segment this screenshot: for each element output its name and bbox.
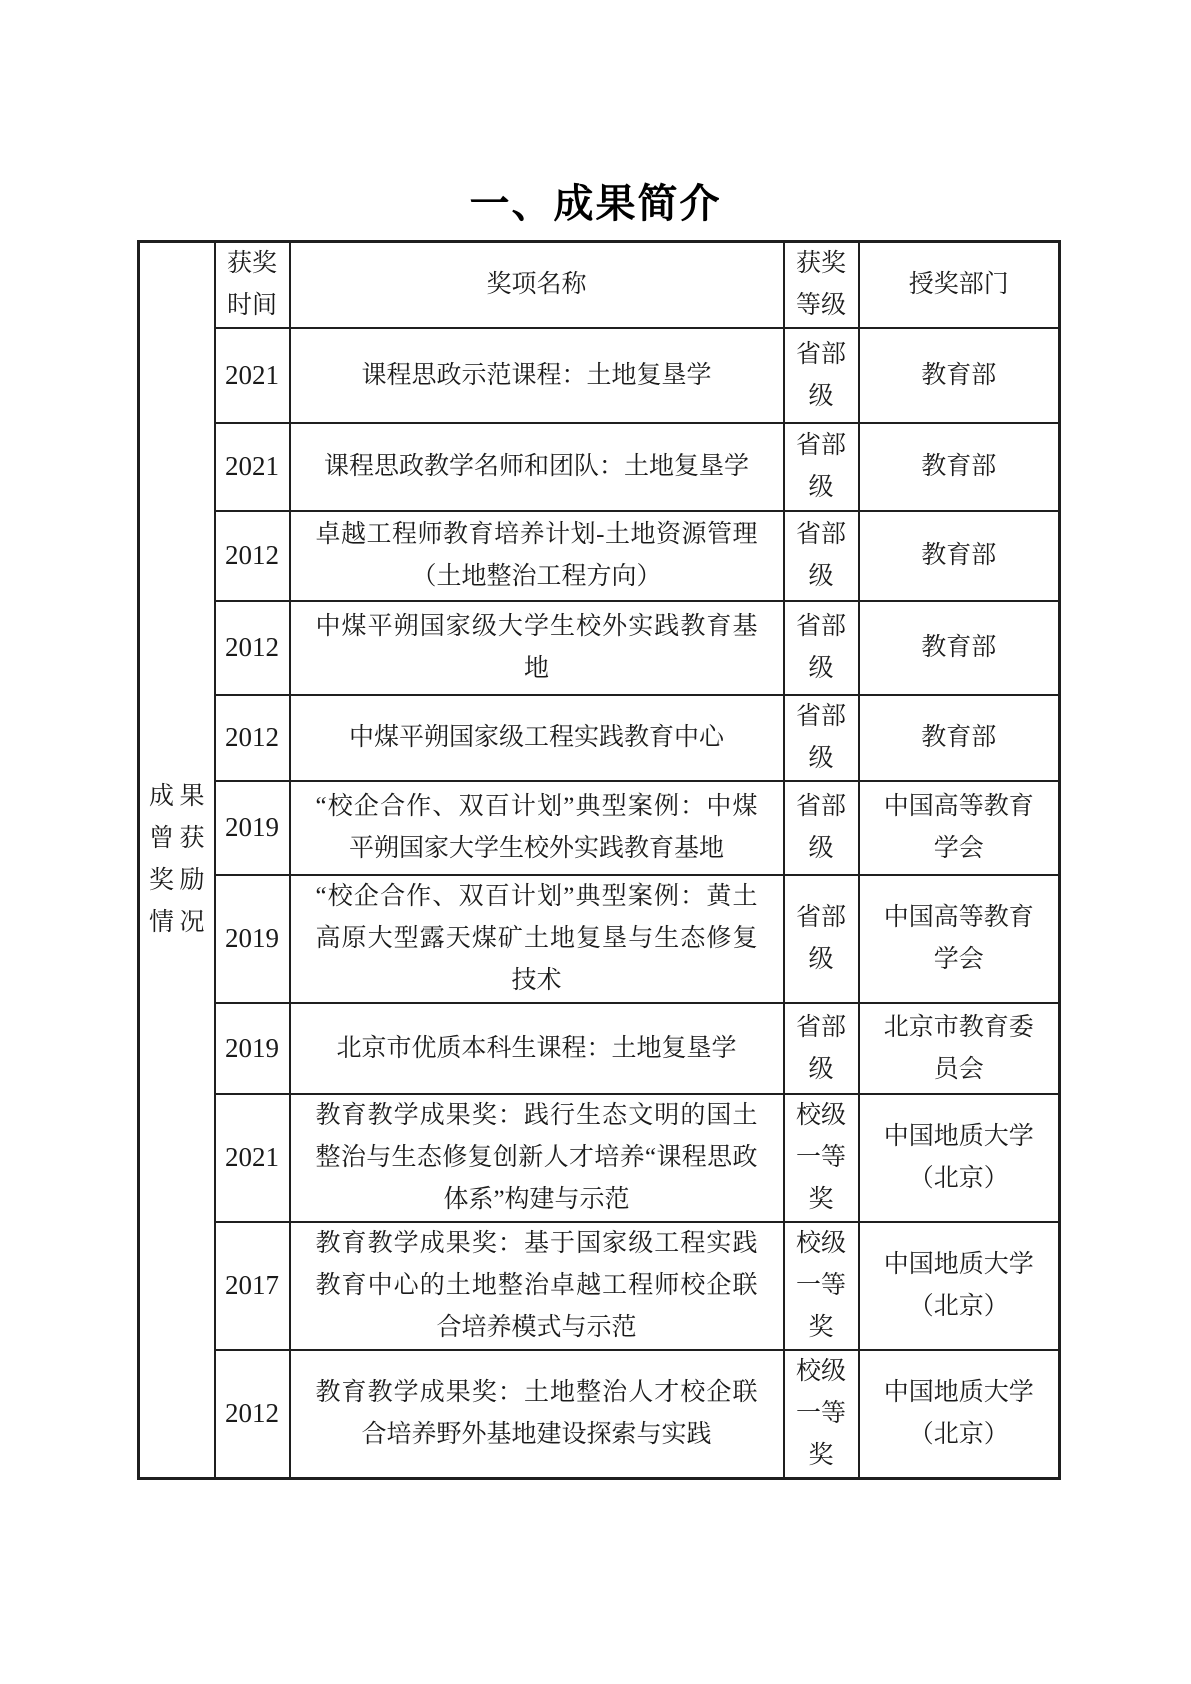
award-level-cell: 校级一等奖 bbox=[784, 1222, 859, 1350]
award-dept-cell: 中国地质大学（北京） bbox=[859, 1350, 1060, 1479]
table-row: 2021 课程思政示范课程：土地复垦学 省部级 教育部 bbox=[139, 328, 1060, 423]
col-header-dept: 授奖部门 bbox=[859, 242, 1060, 329]
award-name-cell: 课程思政教学名师和团队：土地复垦学 bbox=[290, 423, 784, 511]
award-dept-cell: 教育部 bbox=[859, 423, 1060, 511]
table-row: 2019 “校企合作、双百计划”典型案例：中煤平朔国家大学生校外实践教育基地 省… bbox=[139, 781, 1060, 875]
col-header-name: 奖项名称 bbox=[290, 242, 784, 329]
page-title: 一、成果简介 bbox=[0, 182, 1191, 226]
award-year-cell: 2019 bbox=[215, 875, 290, 1003]
award-dept-cell: 教育部 bbox=[859, 328, 1060, 423]
award-year-cell: 2019 bbox=[215, 1003, 290, 1094]
table-row: 2019 “校企合作、双百计划”典型案例：黄土高原大型露天煤矿土地复垦与生态修复… bbox=[139, 875, 1060, 1003]
award-name-cell: 教育教学成果奖：基于国家级工程实践教育中心的土地整治卓越工程师校企联合培养模式与… bbox=[290, 1222, 784, 1350]
award-name-cell: 中煤平朔国家级大学生校外实践教育基地 bbox=[290, 601, 784, 695]
col-header-level: 获奖等级 bbox=[784, 242, 859, 329]
award-level-cell: 省部级 bbox=[784, 695, 859, 781]
award-level-cell: 省部级 bbox=[784, 601, 859, 695]
award-level-cell: 省部级 bbox=[784, 423, 859, 511]
award-dept-cell: 教育部 bbox=[859, 601, 1060, 695]
award-level-cell: 省部级 bbox=[784, 781, 859, 875]
award-name-cell: 中煤平朔国家级工程实践教育中心 bbox=[290, 695, 784, 781]
award-year-cell: 2012 bbox=[215, 511, 290, 601]
award-dept-cell: 中国地质大学（北京） bbox=[859, 1222, 1060, 1350]
award-dept-cell: 教育部 bbox=[859, 511, 1060, 601]
award-dept-cell: 中国地质大学（北京） bbox=[859, 1094, 1060, 1222]
document-page: 一、成果简介 成果曾获奖励情况 获奖时间 奖项名称 获奖等级 授奖部门 2021… bbox=[0, 0, 1191, 1684]
award-name-cell: “校企合作、双百计划”典型案例：中煤平朔国家大学生校外实践教育基地 bbox=[290, 781, 784, 875]
award-name-cell: 北京市优质本科生课程：土地复垦学 bbox=[290, 1003, 784, 1094]
award-year-cell: 2021 bbox=[215, 1094, 290, 1222]
award-name-cell: 卓越工程师教育培养计划-土地资源管理（土地整治工程方向） bbox=[290, 511, 784, 601]
award-dept-cell: 中国高等教育学会 bbox=[859, 875, 1060, 1003]
award-level-cell: 校级一等奖 bbox=[784, 1350, 859, 1479]
award-level-cell: 省部级 bbox=[784, 875, 859, 1003]
table-header-row: 成果曾获奖励情况 获奖时间 奖项名称 获奖等级 授奖部门 bbox=[139, 242, 1060, 329]
award-level-cell: 校级一等奖 bbox=[784, 1094, 859, 1222]
award-name-cell: 课程思政示范课程：土地复垦学 bbox=[290, 328, 784, 423]
award-year-cell: 2021 bbox=[215, 423, 290, 511]
table-row: 2019 北京市优质本科生课程：土地复垦学 省部级 北京市教育委员会 bbox=[139, 1003, 1060, 1094]
side-label-cell: 成果曾获奖励情况 bbox=[139, 242, 215, 1479]
award-year-cell: 2012 bbox=[215, 695, 290, 781]
award-name-cell: “校企合作、双百计划”典型案例：黄土高原大型露天煤矿土地复垦与生态修复技术 bbox=[290, 875, 784, 1003]
table-row: 2012 中煤平朔国家级工程实践教育中心 省部级 教育部 bbox=[139, 695, 1060, 781]
award-level-cell: 省部级 bbox=[784, 511, 859, 601]
col-header-time: 获奖时间 bbox=[215, 242, 290, 329]
award-level-cell: 省部级 bbox=[784, 328, 859, 423]
award-name-cell: 教育教学成果奖：土地整治人才校企联合培养野外基地建设探索与实践 bbox=[290, 1350, 784, 1479]
table-row: 2021 教育教学成果奖：践行生态文明的国土整治与生态修复创新人才培养“课程思政… bbox=[139, 1094, 1060, 1222]
award-dept-cell: 教育部 bbox=[859, 695, 1060, 781]
award-year-cell: 2019 bbox=[215, 781, 290, 875]
award-year-cell: 2021 bbox=[215, 328, 290, 423]
award-dept-cell: 中国高等教育学会 bbox=[859, 781, 1060, 875]
award-name-cell: 教育教学成果奖：践行生态文明的国土整治与生态修复创新人才培养“课程思政体系”构建… bbox=[290, 1094, 784, 1222]
table-row: 2021 课程思政教学名师和团队：土地复垦学 省部级 教育部 bbox=[139, 423, 1060, 511]
award-dept-cell: 北京市教育委员会 bbox=[859, 1003, 1060, 1094]
table-row: 2017 教育教学成果奖：基于国家级工程实践教育中心的土地整治卓越工程师校企联合… bbox=[139, 1222, 1060, 1350]
awards-table: 成果曾获奖励情况 获奖时间 奖项名称 获奖等级 授奖部门 2021 课程思政示范… bbox=[137, 240, 1061, 1480]
table-row: 2012 卓越工程师教育培养计划-土地资源管理（土地整治工程方向） 省部级 教育… bbox=[139, 511, 1060, 601]
table-row: 2012 中煤平朔国家级大学生校外实践教育基地 省部级 教育部 bbox=[139, 601, 1060, 695]
award-year-cell: 2017 bbox=[215, 1222, 290, 1350]
award-year-cell: 2012 bbox=[215, 601, 290, 695]
award-level-cell: 省部级 bbox=[784, 1003, 859, 1094]
table-row: 2012 教育教学成果奖：土地整治人才校企联合培养野外基地建设探索与实践 校级一… bbox=[139, 1350, 1060, 1479]
award-year-cell: 2012 bbox=[215, 1350, 290, 1479]
